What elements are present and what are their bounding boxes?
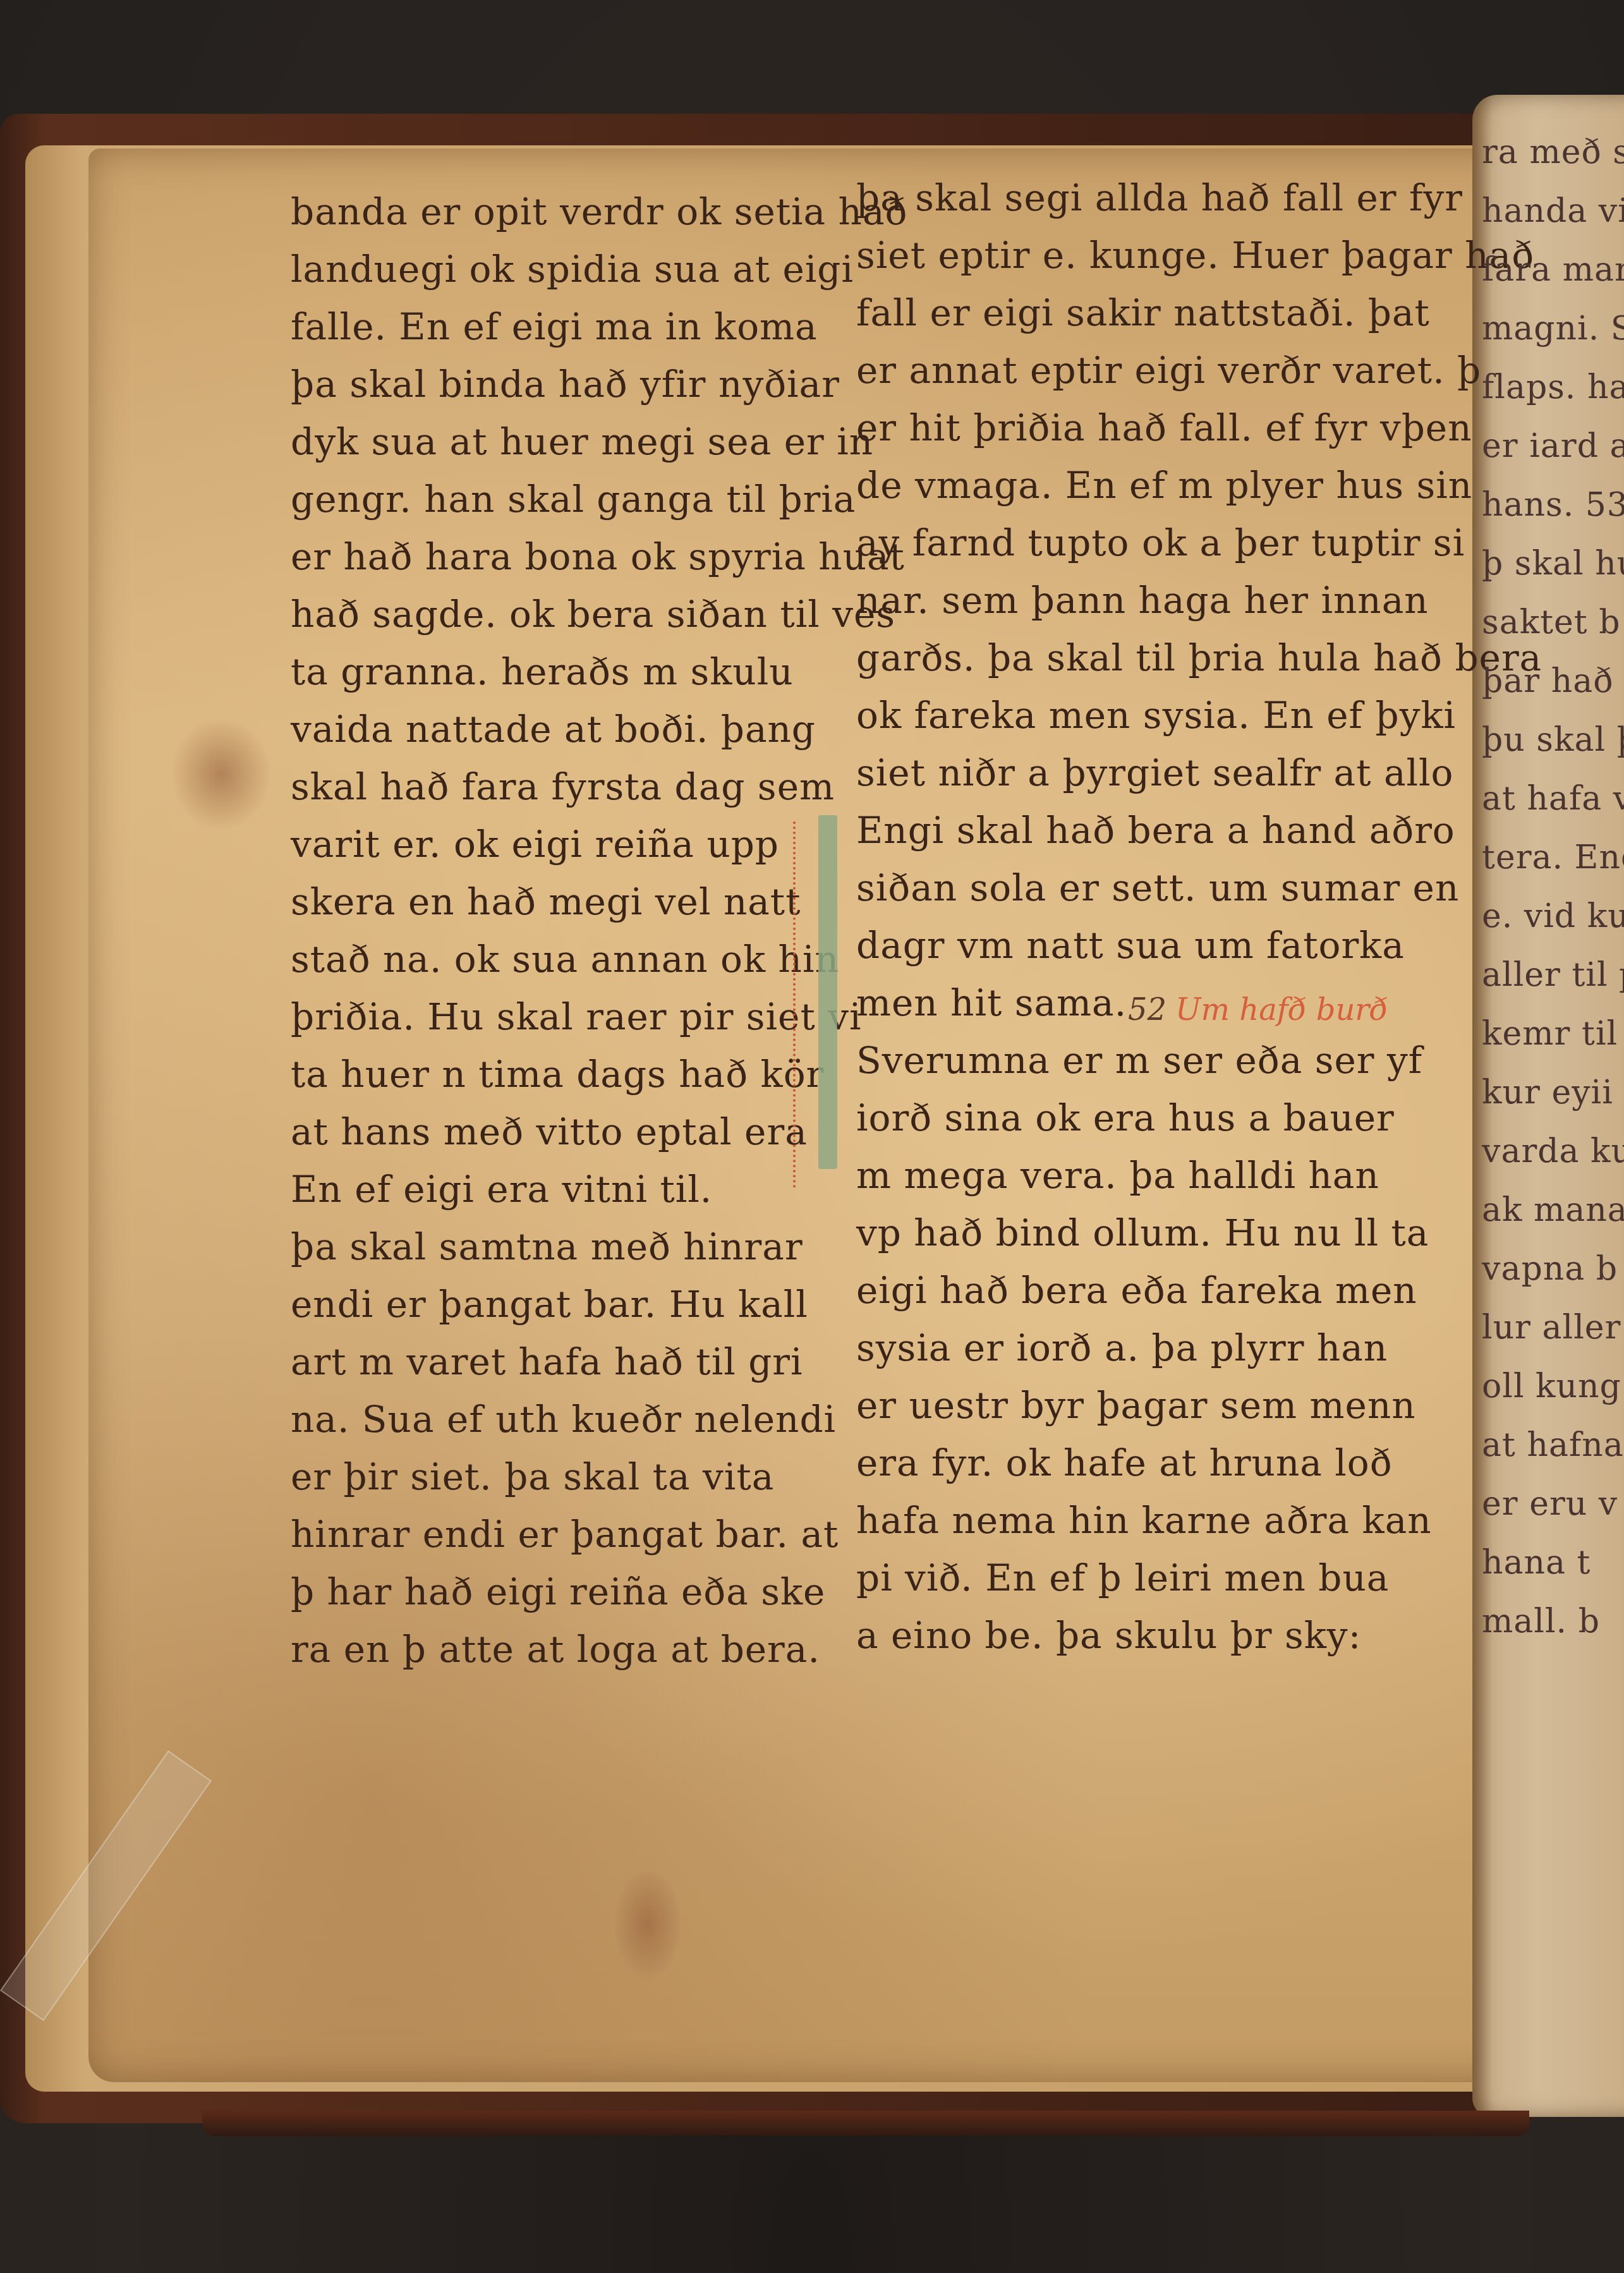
text-column-right: þa skal segi allda hað fall er fyr siet … — [856, 169, 1542, 1664]
text-line: þ har hað eigi reiña eða ske — [291, 1563, 907, 1621]
text-line: magni. Sua ef sk — [1482, 300, 1624, 358]
text-line: handa vilia hedu — [1482, 182, 1624, 241]
text-line: m mega vera. þa halldi han — [856, 1147, 1542, 1204]
text-line: art m varet hafa hað til gri — [291, 1333, 907, 1391]
text-line: vp hað bind ollum. Hu nu ll ta — [856, 1204, 1542, 1262]
text-line: falle. En ef eigi ma in koma — [291, 298, 907, 356]
text-column-facing-page: ra með sec at la handa vilia hedu fara m… — [1482, 123, 1624, 1651]
text-line: ak manal — [1482, 1181, 1624, 1240]
text-line: hans. 53 — [1482, 476, 1624, 535]
text-line: era fyr. ok hafe at hruna loð — [856, 1434, 1542, 1492]
text-line: ra með sec at la — [1482, 123, 1624, 182]
decorated-initial — [793, 815, 850, 1194]
text-line: hinrar endi er þangat bar. at — [291, 1506, 907, 1563]
text-line: na. Sua ef uth kueðr nelendi — [291, 1391, 907, 1448]
text-line: landuegi ok spidia sua at eigi — [291, 241, 907, 298]
text-line: endi er þangat bar. Hu kall — [291, 1276, 907, 1333]
text-line: iorð sina ok era hus a bauer — [856, 1089, 1542, 1147]
text-line: saktet b — [1482, 593, 1624, 652]
text-line: ra en þ atte at loga at bera. — [291, 1621, 907, 1678]
text-line: þa skal segi allda hað fall er fyr — [856, 169, 1542, 227]
text-line: nar. sem þann haga her innan — [856, 572, 1542, 629]
text-line: dyk sua at huer megi sea er in — [291, 413, 907, 471]
text-line: varda kung — [1482, 1122, 1624, 1181]
text-line: kur eyii v — [1482, 1064, 1624, 1122]
text-line: þ skal hurk — [1482, 535, 1624, 593]
text-line: vapna b — [1482, 1240, 1624, 1299]
binding-bottom-edge — [202, 2111, 1529, 2136]
text-line: ta granna. heraðs m skulu — [291, 643, 907, 701]
text-line: a eino be. þa skulu þr sky: — [856, 1607, 1542, 1664]
text-line: hað sagde. ok bera siðan til ves — [291, 586, 907, 643]
text-line: aller til p — [1482, 946, 1624, 1005]
green-initial-stem — [818, 815, 837, 1169]
red-penwork-ornament — [793, 821, 802, 1188]
text-line: fall er eigi sakir nattstaði. þat — [856, 284, 1542, 342]
text-line: þa skal samtna með hinrar — [291, 1218, 907, 1276]
stain-mark — [171, 717, 272, 831]
text-line: þa skal binda hað yfir nyðiar — [291, 356, 907, 413]
text-line: er uestr byr þagar sem menn — [856, 1377, 1542, 1434]
text-line: at hafna — [1482, 1416, 1624, 1475]
rubric-heading: Um hafð burð — [1175, 992, 1388, 1027]
text-line: de vmaga. En ef m plyer hus sin — [856, 457, 1542, 514]
text-line: garðs. þa skal til þria hula hað bera — [856, 629, 1542, 687]
text-line: siðan sola er sett. um sumar en — [856, 859, 1542, 917]
text-line: at hafa vitin — [1482, 770, 1624, 828]
text-line: er þir siet. þa skal ta vita — [291, 1448, 907, 1506]
text-line: tera. Engi — [1482, 828, 1624, 887]
text-line: vaida nattade at boði. þang — [291, 701, 907, 758]
text-line: er hit þriðia hað fall. ef fyr vþen — [856, 399, 1542, 457]
text-line: ay farnd tupto ok a þer tuptir si — [856, 514, 1542, 572]
text-line: fara manna fyltu — [1482, 241, 1624, 300]
text-line: mall. b — [1482, 1592, 1624, 1651]
text-line: eigi hað bera eða fareka men — [856, 1262, 1542, 1319]
text-line: e. vid kung — [1482, 887, 1624, 946]
text-line: er eru v — [1482, 1475, 1624, 1534]
text-line: skal hað fara fyrsta dag sem — [291, 758, 907, 816]
text-line: pi við. En ef þ leiri men bua — [856, 1549, 1542, 1607]
text-line: sysia er iorð a. þa plyrr han — [856, 1319, 1542, 1377]
text-line: hafa nema hin karne aðra kan — [856, 1492, 1542, 1549]
text-line: er hað hara bona ok spyria huat — [291, 528, 907, 586]
text-line: er annat eptir eigi verðr varet. þ — [856, 342, 1542, 399]
text-line: kemr til h — [1482, 1005, 1624, 1064]
text-line: siet niðr a þyrgiet sealfr at allo — [856, 744, 1542, 802]
text-line: gengr. han skal ganga til þria — [291, 471, 907, 528]
stain-mark — [613, 1867, 682, 1981]
text-line: dagr vm natt sua um fatorka — [856, 917, 1542, 974]
text-line: Sverumna er m ser eða ser yf — [856, 1032, 1542, 1089]
text-line: hana t — [1482, 1534, 1624, 1592]
text-line: Engi skal hað bera a hand aðro — [856, 802, 1542, 859]
text-line: ok fareka men sysia. En ef þyki — [856, 687, 1542, 744]
text-line: flaps. hardi til h — [1482, 358, 1624, 417]
text-line: banda er opit verdr ok setia hað — [291, 183, 907, 241]
text-line: oll kung — [1482, 1357, 1624, 1416]
text-line: siet eptir e. kunge. Huer þagar hað — [856, 227, 1542, 284]
chapter-number: 52 — [1128, 992, 1166, 1027]
text-line: lur aller — [1482, 1299, 1624, 1357]
text-line: er iard a. asting — [1482, 417, 1624, 476]
text-line: þar hað e — [1482, 652, 1624, 711]
text-line: þu skal þar p — [1482, 711, 1624, 770]
